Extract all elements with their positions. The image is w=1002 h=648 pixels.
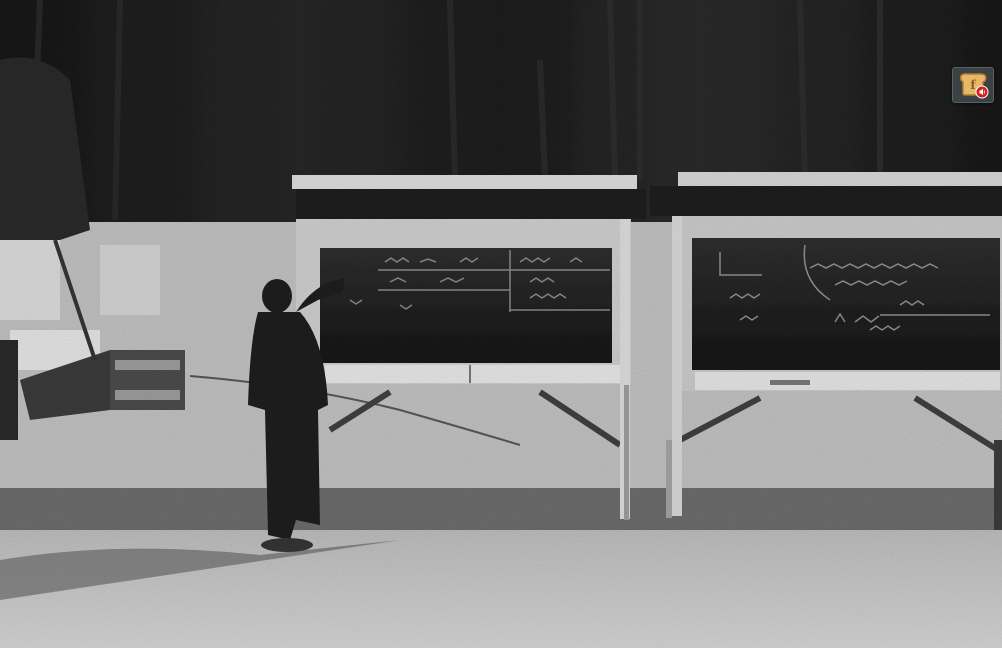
photograph bbox=[0, 0, 1002, 648]
toast-letter: f bbox=[970, 78, 976, 92]
speaker-icon bbox=[976, 86, 988, 98]
toast-f-icon: f bbox=[956, 71, 990, 99]
floor bbox=[0, 530, 1002, 648]
toast-extension-button[interactable]: f bbox=[952, 67, 994, 103]
